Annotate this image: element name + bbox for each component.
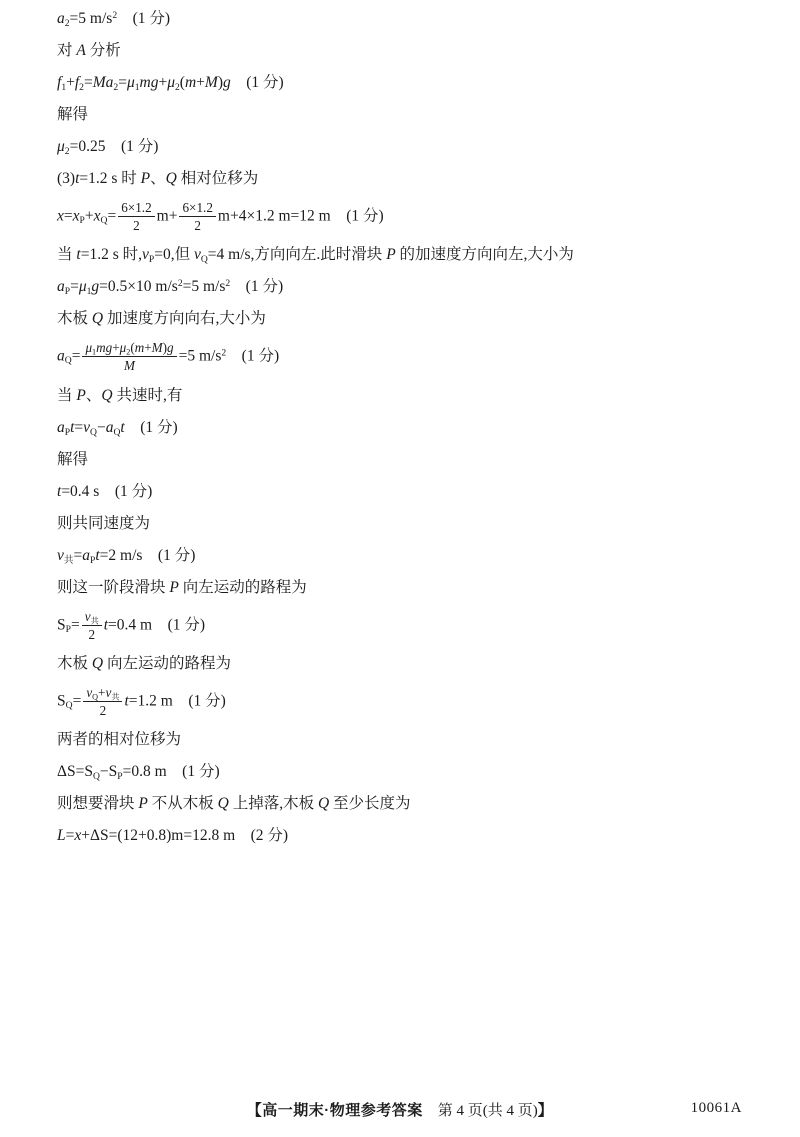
answer-line: 解得 xyxy=(57,449,748,470)
fraction-denominator: 2 xyxy=(179,217,215,233)
answer-line: 当 t=1.2 s 时,vP=0,但 vQ=4 m/s,方向向左.此时滑块 P … xyxy=(57,244,748,265)
fraction-denominator: M xyxy=(82,357,176,373)
math-var: L xyxy=(57,827,66,844)
math-var: a xyxy=(57,419,65,436)
math-sub: 2 xyxy=(65,146,70,157)
math-sub: P xyxy=(66,624,71,635)
math-sub: Q xyxy=(66,700,73,711)
answer-line: 解得 xyxy=(57,104,748,125)
answer-line: aP=μ1g=0.5×10 m/s2=5 m/s2 (1 分) xyxy=(57,276,748,297)
math-var: P xyxy=(138,795,147,812)
document-page: a2=5 m/s2 (1 分)对 A 分析f1+f2=Ma2=μ1mg+μ2(m… xyxy=(0,0,800,1137)
fraction-denominator: 2 xyxy=(82,626,102,642)
footer-code: 10061A xyxy=(691,1100,742,1117)
math-var: a xyxy=(57,278,65,295)
math-sub: 共 xyxy=(91,616,99,625)
math-var: g xyxy=(91,278,99,295)
answer-line: aPt=vQ−aQt (1 分) xyxy=(57,417,748,438)
math-var: Q xyxy=(166,170,177,187)
math-var: μ xyxy=(79,278,87,295)
answer-line: a2=5 m/s2 (1 分) xyxy=(57,8,748,29)
answer-content: a2=5 m/s2 (1 分)对 A 分析f1+f2=Ma2=μ1mg+μ2(m… xyxy=(57,8,748,857)
math-sub: 2 xyxy=(175,82,180,93)
footer-bracket-close: 】 xyxy=(538,1102,554,1119)
math-sub: 2 xyxy=(126,348,130,357)
math-var: Q xyxy=(318,795,329,812)
answer-line: x=xP+xQ=6×1.22m+6×1.22m+4×1.2 m=12 m (1 … xyxy=(57,200,748,233)
math-var: v xyxy=(57,547,64,564)
math-var: Q xyxy=(101,387,112,404)
math-sup: 2 xyxy=(112,10,117,21)
math-var: M xyxy=(205,74,218,91)
math-var: M xyxy=(152,340,163,355)
math-var: t xyxy=(75,170,79,187)
fraction-denominator: 2 xyxy=(83,702,122,718)
math-fraction: v共2 xyxy=(82,609,102,642)
math-var: t xyxy=(95,547,99,564)
footer-page-info: 第 4 页(共 4 页) xyxy=(423,1103,538,1119)
page-footer: 【高一期末·物理参考答案 第 4 页(共 4 页)】 10061A xyxy=(0,1099,800,1125)
math-var: μ xyxy=(167,74,175,91)
math-var: a xyxy=(57,348,65,365)
math-var: μ xyxy=(57,138,65,155)
answer-line: 对 A 分析 xyxy=(57,40,748,61)
math-var: x xyxy=(74,827,81,844)
math-var: g xyxy=(167,340,174,355)
math-var: t xyxy=(57,483,61,500)
math-sub: 2 xyxy=(113,82,118,93)
fraction-numerator: 6×1.2 xyxy=(118,200,154,217)
math-var: v xyxy=(194,246,201,263)
math-var: Q xyxy=(92,310,103,327)
math-var: μ xyxy=(127,74,135,91)
math-var: mg xyxy=(140,74,159,91)
fraction-numerator: μ1mg+μ2(m+M)g xyxy=(82,340,176,357)
math-sub: 1 xyxy=(61,82,66,93)
fraction-denominator: 2 xyxy=(118,217,154,233)
math-sub: P xyxy=(117,771,122,782)
answer-line: SP=v共2t=0.4 m (1 分) xyxy=(57,609,748,642)
math-fraction: 6×1.22 xyxy=(179,200,215,233)
math-sub: Q xyxy=(65,355,72,366)
math-sub: P xyxy=(149,254,154,265)
answer-line: 则想要滑块 P 不从木板 Q 上掉落,木板 Q 至少长度为 xyxy=(57,793,748,814)
answer-line: 两者的相对位移为 xyxy=(57,729,748,750)
math-sub: Q xyxy=(90,426,97,437)
math-fraction: μ1mg+μ2(m+M)gM xyxy=(82,340,176,373)
answer-line: 则这一阶段滑块 P 向左运动的路程为 xyxy=(57,577,748,598)
fraction-numerator: 6×1.2 xyxy=(179,200,215,217)
footer-title: 【高一期末·物理参考答案 xyxy=(247,1102,423,1119)
math-sup: 2 xyxy=(178,278,183,289)
answer-line: 则共同速度为 xyxy=(57,513,748,534)
footer-text: 【高一期末·物理参考答案 第 4 页(共 4 页)】 xyxy=(0,1099,800,1120)
math-var: x xyxy=(73,207,80,224)
answer-line: aQ=μ1mg+μ2(m+M)gM=5 m/s2 (1 分) xyxy=(57,340,748,373)
math-sub: 共 xyxy=(64,554,74,565)
answer-line: L=x+ΔS=(12+0.8)m=12.8 m (2 分) xyxy=(57,825,748,846)
math-var: P xyxy=(141,170,150,187)
math-sub: 2 xyxy=(79,82,84,93)
fraction-numerator: vQ+v共 xyxy=(83,685,122,702)
math-sub: Q xyxy=(92,692,98,701)
math-var: P xyxy=(169,579,178,596)
answer-line: f1+f2=Ma2=μ1mg+μ2(m+M)g (1 分) xyxy=(57,72,748,93)
math-var: A xyxy=(76,42,85,59)
math-sub: Q xyxy=(101,215,108,226)
math-var: x xyxy=(57,207,64,224)
math-var: t xyxy=(120,419,124,436)
math-var: a xyxy=(57,10,65,27)
math-sub: Q xyxy=(201,254,208,265)
math-var: m xyxy=(135,340,145,355)
math-var: M xyxy=(124,358,135,373)
math-sub: 2 xyxy=(65,18,70,29)
math-var: v xyxy=(83,419,90,436)
math-sub: P xyxy=(80,215,85,226)
answer-line: ΔS=SQ−SP=0.8 m (1 分) xyxy=(57,761,748,782)
answer-line: 当 P、Q 共速时,有 xyxy=(57,385,748,406)
math-var: t xyxy=(104,616,108,633)
math-var: a xyxy=(82,547,90,564)
answer-line: 木板 Q 加速度方向向右,大小为 xyxy=(57,308,748,329)
math-sub: 共 xyxy=(111,692,119,701)
answer-line: 木板 Q 向左运动的路程为 xyxy=(57,653,748,674)
answer-line: μ2=0.25 (1 分) xyxy=(57,136,748,157)
answer-line: (3)t=1.2 s 时 P、Q 相对位移为 xyxy=(57,168,748,189)
math-sub: Q xyxy=(93,771,100,782)
math-var: x xyxy=(94,207,101,224)
math-var: Q xyxy=(92,655,103,672)
math-var: v xyxy=(142,246,149,263)
answer-line: v共=aPt=2 m/s (1 分) xyxy=(57,545,748,566)
math-sup: 2 xyxy=(225,278,230,289)
math-fraction: 6×1.22 xyxy=(118,200,154,233)
math-var: P xyxy=(76,387,85,404)
math-fraction: vQ+v共2 xyxy=(83,685,122,718)
fraction-numerator: v共 xyxy=(82,609,102,626)
answer-line: SQ=vQ+v共2t=1.2 m (1 分) xyxy=(57,685,748,718)
answer-line: t=0.4 s (1 分) xyxy=(57,481,748,502)
math-var: m xyxy=(185,74,196,91)
math-var: Q xyxy=(218,795,229,812)
math-var: mg xyxy=(96,340,112,355)
math-var: t xyxy=(124,692,128,709)
math-var: t xyxy=(70,419,74,436)
math-sup: 2 xyxy=(221,348,226,359)
math-var: P xyxy=(386,246,395,263)
math-var: g xyxy=(223,74,231,91)
math-sub: P xyxy=(65,286,70,297)
math-var: Ma xyxy=(93,74,114,91)
math-var: t xyxy=(76,246,80,263)
